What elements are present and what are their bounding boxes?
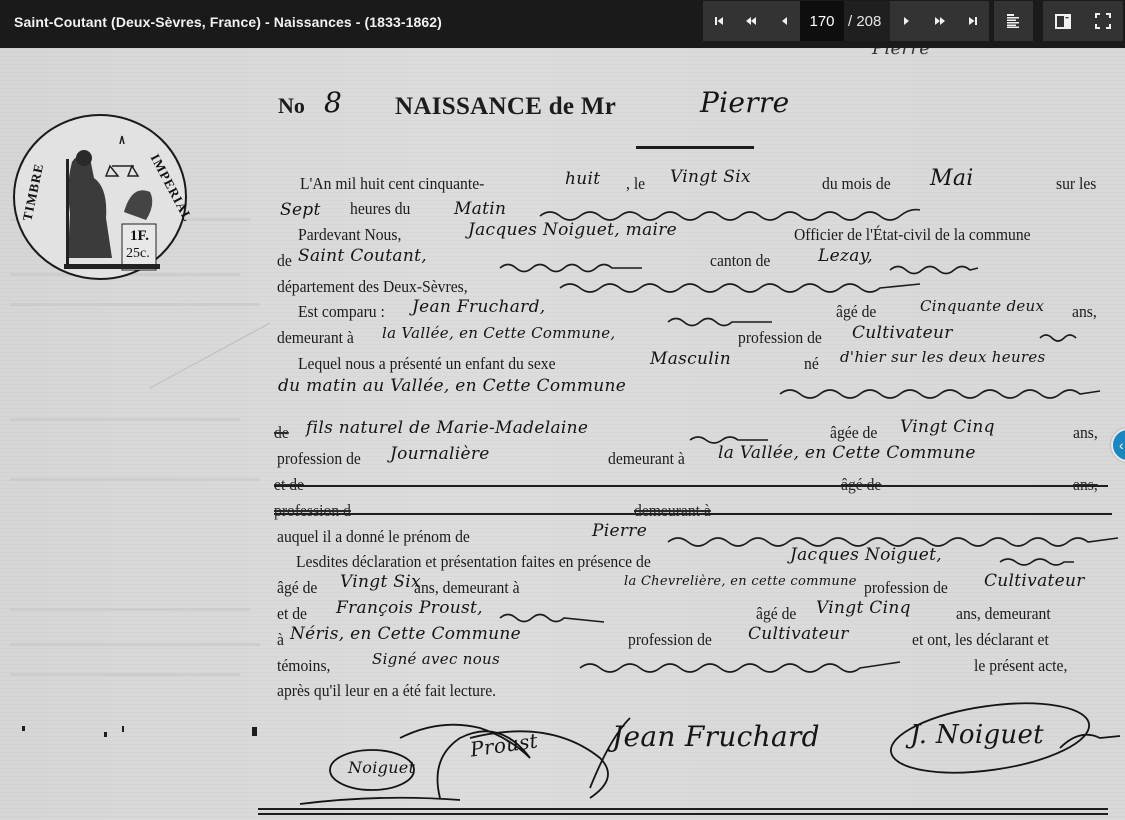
viewer-toolbar: Saint-Coutant (Deux-Sèvres, France) - Na… <box>0 0 1125 48</box>
signature-fruchard: Jean Fruchard <box>612 720 820 753</box>
last-page-button[interactable] <box>956 1 989 41</box>
page-indicator: / 208 <box>800 1 890 41</box>
closing-rule <box>258 808 1108 810</box>
side-panel-button[interactable] <box>1043 1 1083 41</box>
fast-forward-button[interactable] <box>923 1 956 41</box>
page-number-input[interactable] <box>800 1 844 41</box>
list-icon <box>1007 14 1021 28</box>
nav-back-group <box>703 1 800 41</box>
signature-mayor: J. Noiguet <box>910 720 1044 750</box>
fullscreen-icon <box>1095 13 1111 29</box>
document-viewer[interactable]: TIMBRE IMPERIAL 1F. 25c. Pierre No 8 NAI… <box>0 48 1125 820</box>
view-options-group <box>1043 1 1123 41</box>
nav-forward-group <box>890 1 989 41</box>
fullscreen-button[interactable] <box>1083 1 1123 41</box>
signature-noiguet-witness: Noiguet <box>348 758 415 777</box>
fast-forward-icon <box>934 16 946 26</box>
first-page-button[interactable] <box>703 1 735 41</box>
handwriting-filler-strokes <box>0 48 1125 820</box>
skip-to-start-icon <box>714 16 724 26</box>
index-list-button[interactable] <box>994 1 1033 41</box>
register-title: Saint-Coutant (Deux-Sèvres, France) - Na… <box>14 0 442 48</box>
skip-to-end-icon <box>968 16 978 26</box>
page-total: / 208 <box>848 13 881 30</box>
next-page-button[interactable] <box>890 1 923 41</box>
index-group <box>994 1 1033 41</box>
side-panel-icon <box>1055 14 1071 29</box>
fast-backward-icon <box>745 16 757 26</box>
caret-left-icon <box>780 16 788 26</box>
closing-rule <box>258 813 1108 815</box>
fast-backward-button[interactable] <box>735 1 767 41</box>
chevron-left-icon: ‹ <box>1119 437 1124 453</box>
scanned-page: TIMBRE IMPERIAL 1F. 25c. Pierre No 8 NAI… <box>0 48 1125 820</box>
caret-right-icon <box>903 16 911 26</box>
previous-page-button[interactable] <box>768 1 800 41</box>
